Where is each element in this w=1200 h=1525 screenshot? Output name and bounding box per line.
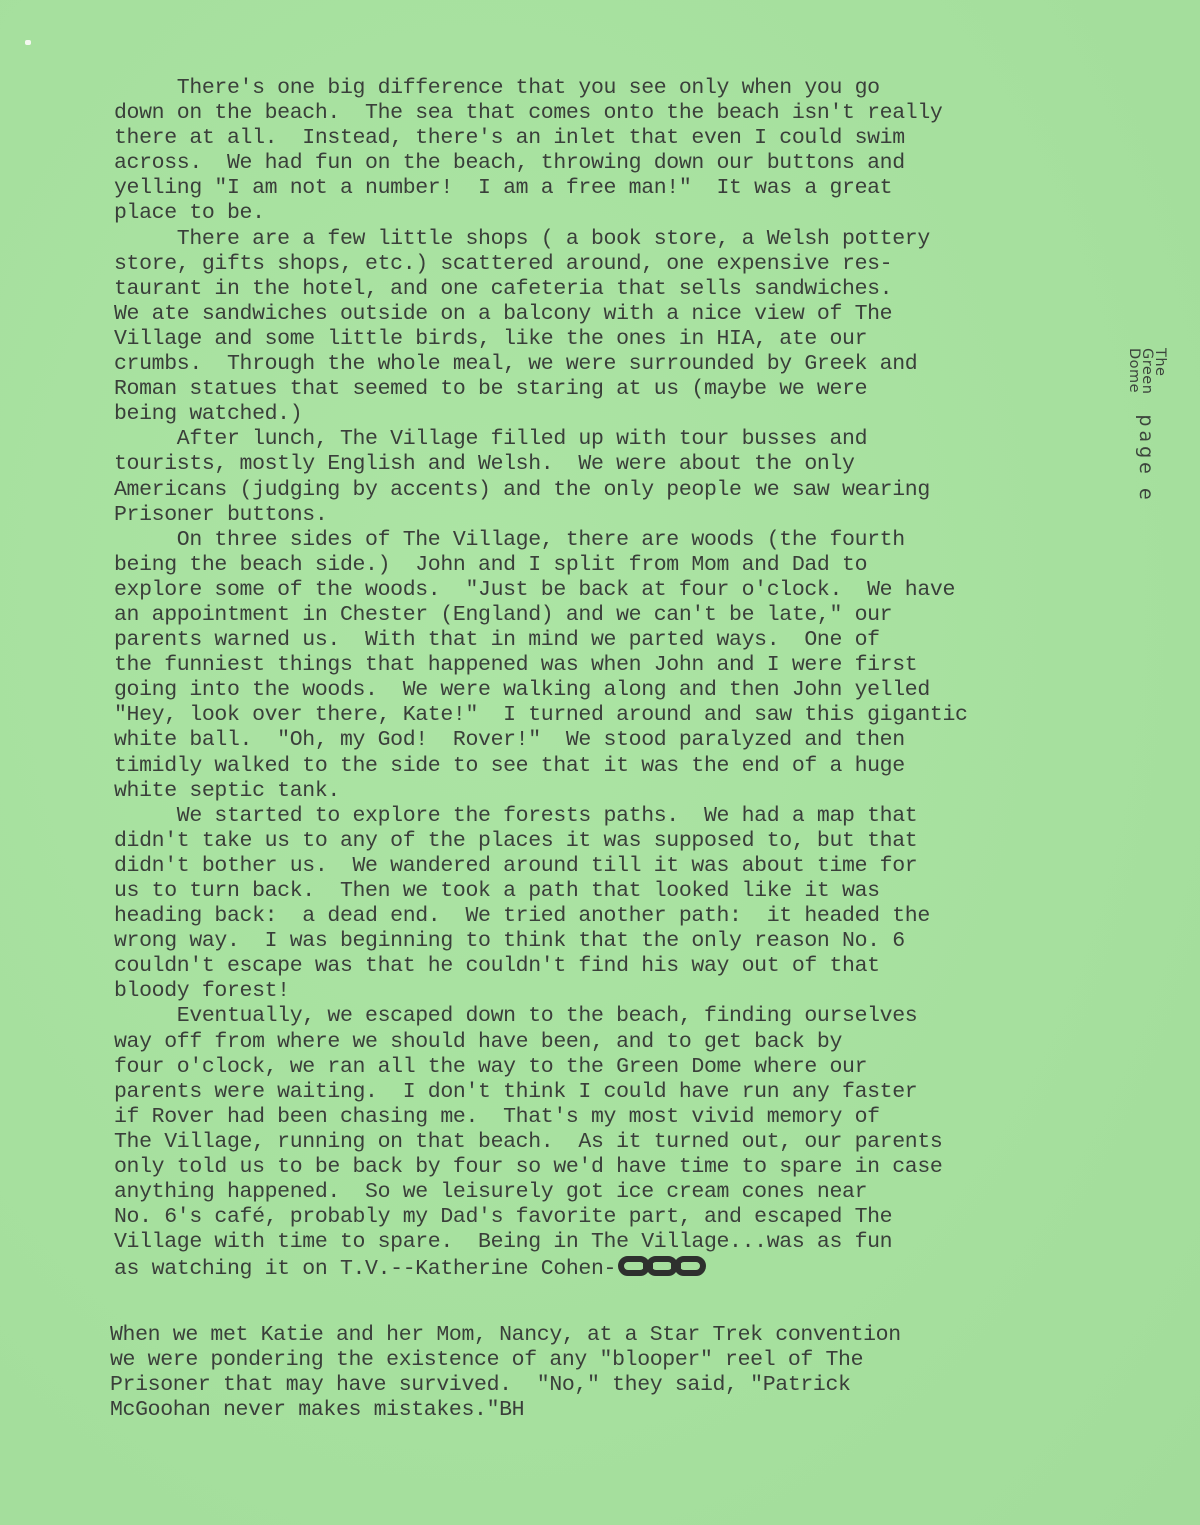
note-line: When we met Katie and her Mom, Nancy, at… bbox=[110, 1323, 1140, 1348]
article-line: "Hey, look over there, Kate!" I turned a… bbox=[114, 703, 1144, 728]
article-line: going into the woods. We were walking al… bbox=[114, 678, 1144, 703]
article-line: parents warned us. With that in mind we … bbox=[114, 628, 1144, 653]
article-line: heading back: a dead end. We tried anoth… bbox=[114, 904, 1144, 929]
article-line: four o'clock, we ran all the way to the … bbox=[114, 1055, 1144, 1080]
article-line: didn't take us to any of the places it w… bbox=[114, 829, 1144, 854]
article-line: No. 6's café, probably my Dad's favorite… bbox=[114, 1205, 1144, 1230]
article-line: parents were waiting. I don't think I co… bbox=[114, 1080, 1144, 1105]
note-line: Prisoner that may have survived. "No," t… bbox=[110, 1373, 1140, 1398]
article-line: crumbs. Through the whole meal, we were … bbox=[114, 352, 1144, 377]
article-body: There's one big difference that you see … bbox=[114, 76, 1144, 1281]
article-line: store, gifts shops, etc.) scattered arou… bbox=[114, 252, 1144, 277]
article-line: anything happened. So we leisurely got i… bbox=[114, 1180, 1144, 1205]
article-line: down on the beach. The sea that comes on… bbox=[114, 101, 1144, 126]
note-line: we were pondering the existence of any "… bbox=[110, 1348, 1140, 1373]
article-line: only told us to be back by four so we'd … bbox=[114, 1155, 1144, 1180]
article-line: place to be. bbox=[114, 201, 1144, 226]
article-line: tourists, mostly English and Welsh. We w… bbox=[114, 452, 1144, 477]
article-line: across. We had fun on the beach, throwin… bbox=[114, 151, 1144, 176]
page-indicator: page e bbox=[1136, 414, 1156, 503]
article-line: Village and some little birds, like the … bbox=[114, 327, 1144, 352]
article-line: white septic tank. bbox=[114, 779, 1144, 804]
article-line: Americans (judging by accents) and the o… bbox=[114, 478, 1144, 503]
article-line: Roman statues that seemed to be staring … bbox=[114, 377, 1144, 402]
article-line: us to turn back. Then we took a path tha… bbox=[114, 879, 1144, 904]
article-line: being the beach side.) John and I split … bbox=[114, 553, 1144, 578]
title-line: Dome bbox=[1126, 348, 1142, 393]
side-running-header: The Green Dome page e bbox=[1127, 348, 1166, 504]
article-line: Prisoner buttons. bbox=[114, 503, 1144, 528]
note-line: McGoohan never makes mistakes."BH bbox=[110, 1398, 1140, 1423]
article-line: there at all. Instead, there's an inlet … bbox=[114, 126, 1144, 151]
article-line: as watching it on T.V.--Katherine Cohen- bbox=[114, 1255, 1144, 1280]
article-line: the funniest things that happened was wh… bbox=[114, 653, 1144, 678]
paper-page: There's one big difference that you see … bbox=[0, 0, 1200, 1525]
editor-note: When we met Katie and her Mom, Nancy, at… bbox=[110, 1323, 1140, 1423]
article-line: Eventually, we escaped down to the beach… bbox=[114, 1004, 1144, 1029]
article-line: We started to explore the forests paths.… bbox=[114, 804, 1144, 829]
article-line: There are a few little shops ( a book st… bbox=[114, 227, 1144, 252]
article-line: yelling "I am not a number! I am a free … bbox=[114, 176, 1144, 201]
paper-speck bbox=[25, 40, 31, 45]
article-line: taurant in the hotel, and one cafeteria … bbox=[114, 277, 1144, 302]
article-line: white ball. "Oh, my God! Rover!" We stoo… bbox=[114, 728, 1144, 753]
article-line: wrong way. I was beginning to think that… bbox=[114, 929, 1144, 954]
article-line: if Rover had been chasing me. That's my … bbox=[114, 1105, 1144, 1130]
article-line: bloody forest! bbox=[114, 979, 1144, 1004]
article-line: didn't bother us. We wandered around til… bbox=[114, 854, 1144, 879]
article-line: There's one big difference that you see … bbox=[114, 76, 1144, 101]
article-line: The Village, running on that beach. As i… bbox=[114, 1130, 1144, 1155]
article-line: explore some of the woods. "Just be back… bbox=[114, 578, 1144, 603]
signature-text: as watching it on T.V.--Katherine Cohen- bbox=[114, 1257, 616, 1281]
article-line: an appointment in Chester (England) and … bbox=[114, 603, 1144, 628]
article-line: way off from where we should have been, … bbox=[114, 1030, 1144, 1055]
article-line: On three sides of The Village, there are… bbox=[114, 528, 1144, 553]
article-line: After lunch, The Village filled up with … bbox=[114, 427, 1144, 452]
article-line: We ate sandwiches outside on a balcony w… bbox=[114, 302, 1144, 327]
page-label: page bbox=[1135, 414, 1157, 477]
newsletter-title: The Green Dome bbox=[1127, 348, 1166, 394]
page-number: e bbox=[1135, 488, 1157, 504]
article-line: being watched.) bbox=[114, 402, 1144, 427]
article-line: timidly walked to the side to see that i… bbox=[114, 754, 1144, 779]
chain-links-icon bbox=[617, 1255, 707, 1285]
article-line: couldn't escape was that he couldn't fin… bbox=[114, 954, 1144, 979]
article-line: Village with time to spare. Being in The… bbox=[114, 1230, 1144, 1255]
